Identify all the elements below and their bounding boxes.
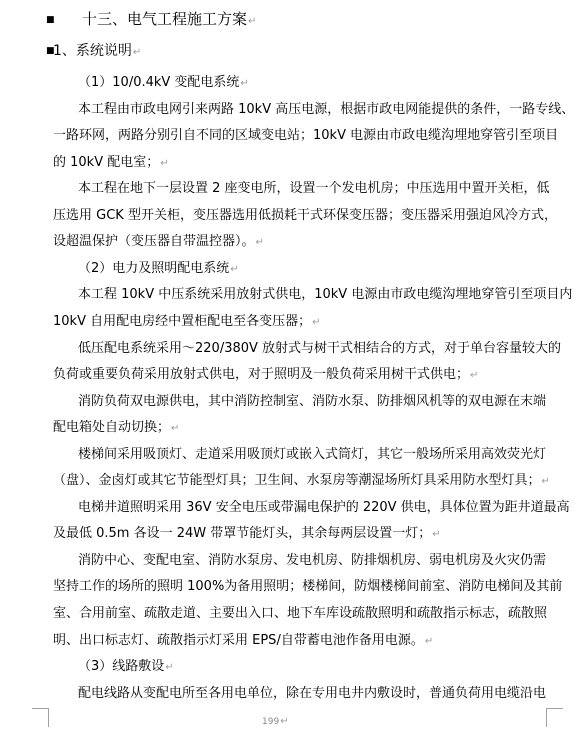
paragraph-mark: ↵ — [312, 317, 320, 328]
text-line: （3）线路敷设↵ — [78, 659, 174, 676]
text-line-content: 本工程在地下一层设置 2 座变电所，设置一个发电机房；中压选用中置开关柜，低 — [78, 181, 550, 196]
paragraph-mark: ↵ — [160, 158, 168, 169]
text-line-content: 室、合用前室、疏散走道、主要出入口、地下车库设疏散照明和疏散指示标志，疏散照 — [53, 606, 547, 621]
text-line: 室、合用前室、疏散走道、主要出入口、地下车库设疏散照明和疏散指示标志，疏散照 — [53, 606, 547, 622]
text-line-content: （盘）、金卤灯或其它节能型灯具；卫生间、水泵房等潮湿场所灯具采用防水型灯具； — [53, 473, 541, 488]
text-line: 电梯井道照明采用 36V 安全电压或带漏电保护的 220V 供电，具体位置为距井… — [78, 500, 570, 516]
text-line: 坚持工作的场所的照明 100%为备用照明；楼梯间，防烟楼梯间前室、消防电梯间及其… — [53, 579, 562, 595]
paragraph-mark: ↵ — [171, 423, 179, 434]
text-line: 10kV 自用配电房经中置柜配电至各变压器；↵ — [53, 314, 321, 331]
text-line-content: 配电线路从变配电所至各用电单位，除在专用电井内敷设时，普通负荷用电缆沿电 — [78, 686, 546, 701]
paragraph-mark: ↵ — [470, 370, 478, 381]
text-line-content: （1）10/0.4kV 变配电系统 — [78, 75, 239, 90]
text-line-content: 本工程 10kV 中压系统采用放射式供电，10kV 电源由市政电缆沟埋地穿管引至… — [78, 287, 572, 302]
text-line: 本工程 10kV 中压系统采用放射式供电，10kV 电源由市政电缆沟埋地穿管引至… — [78, 287, 572, 303]
text-line-content: 的 10kV 配电室； — [53, 155, 159, 170]
text-line: 低压配电系统采用～220/380V 放射式与树干式相结合的方式，对于单台容量较大… — [78, 341, 561, 357]
text-line: 负荷或重要负荷采用放射式供电，对于照明及一般负荷采用树干式供电；↵ — [53, 367, 478, 384]
section-heading-1: 1、系统说明↵ — [53, 43, 141, 61]
page-corner-mark-left — [32, 708, 49, 727]
text-line-content: 坚持工作的场所的照明 100%为备用照明；楼梯间，防烟楼梯间前室、消防电梯间及其… — [53, 579, 562, 594]
text-line: 压选用 GCK 型开关柜，变压器选用低损耗干式环保变压器；变压器采用强迫风冷方式… — [53, 208, 557, 224]
text-line: 的 10kV 配电室；↵ — [53, 155, 169, 172]
text-line-content: （2）电力及照明配电系统 — [78, 261, 229, 276]
text-line-content: 本工程由市政电网引来两路 10kV 高压电源，根据市政电网能提供的条件，一路专线… — [78, 102, 574, 117]
text-line-content: 一路环网，两路分别引自不同的区域变电站；10kV 电源由市政电缆沟埋地穿管引至项… — [53, 128, 558, 143]
text-line-content: 电梯井道照明采用 36V 安全电压或带漏电保护的 220V 供电，具体位置为距井… — [78, 500, 570, 515]
text-line-content: 低压配电系统采用～220/380V 放射式与树干式相结合的方式，对于单台容量较大… — [78, 341, 561, 356]
text-line-content: 消防负荷双电源供电，其中消防控制室、消防水泵、防排烟风机等的双电源在末端 — [78, 394, 546, 409]
text-line: 及最低 0.5m 各设一 24W 带罩节能灯头，其余每两层设置一灯；↵ — [53, 526, 441, 543]
page-corner-mark-right — [546, 708, 563, 727]
text-line-content: 明、出口标志灯、疏散指示灯采用 EPS/自带蓄电池作备用电源。 — [53, 633, 424, 648]
text-line-content: 及最低 0.5m 各设一 24W 带罩节能灯头，其余每两层设置一灯； — [53, 526, 431, 541]
text-line: 明、出口标志灯、疏散指示灯采用 EPS/自带蓄电池作备用电源。↵ — [53, 633, 433, 650]
paragraph-mark: ↵ — [165, 662, 173, 673]
text-line: 本工程在地下一层设置 2 座变电所，设置一个发电机房；中压选用中置开关柜，低 — [78, 181, 550, 197]
paragraph-mark: ↵ — [133, 47, 141, 58]
document-page: ■ 十三、电气工程施工方案↵ ■ 1、系统说明↵ （1）10/0.4kV 变配电… — [0, 0, 581, 737]
main-heading-text: 十三、电气工程施工方案 — [82, 10, 247, 28]
text-line-content: 楼梯间采用吸顶灯、走道采用吸顶灯或嵌入式筒灯，其它一般场所采用高效荧光灯 — [78, 447, 546, 462]
text-line: （盘）、金卤灯或其它节能型灯具；卫生间、水泵房等潮湿场所灯具采用防水型灯具；↵ — [53, 473, 550, 490]
paragraph-mark: ↵ — [240, 78, 248, 89]
text-line: 本工程由市政电网引来两路 10kV 高压电源，根据市政电网能提供的条件，一路专线… — [78, 102, 574, 118]
text-line: 楼梯间采用吸顶灯、走道采用吸顶灯或嵌入式筒灯，其它一般场所采用高效荧光灯 — [78, 447, 546, 463]
paragraph-mark: ↵ — [248, 16, 256, 27]
text-line: （1）10/0.4kV 变配电系统↵ — [78, 75, 249, 92]
main-heading: 十三、电气工程施工方案↵ — [82, 11, 256, 30]
paragraph-mark: ↵ — [542, 476, 550, 487]
text-line: 配电箱处自动切换；↵ — [53, 420, 179, 437]
text-line-content: （3）线路敷设 — [78, 659, 164, 674]
page-number: 199↵ — [262, 716, 289, 727]
paragraph-mark: ↵ — [425, 636, 433, 647]
text-line-content: 压选用 GCK 型开关柜，变压器选用低损耗干式环保变压器；变压器采用强迫风冷方式… — [53, 208, 557, 223]
section-heading-text: 1、系统说明 — [53, 43, 132, 59]
paragraph-mark: ↵ — [230, 264, 238, 275]
text-line: 设超温保护（变压器自带温控器）。↵ — [53, 234, 264, 251]
paragraph-mark: ↵ — [256, 237, 264, 248]
text-line: 配电线路从变配电所至各用电单位，除在专用电井内敷设时，普通负荷用电缆沿电 — [78, 686, 546, 702]
text-line-content: 设超温保护（变压器自带温控器）。 — [53, 234, 255, 249]
text-line: 一路环网，两路分别引自不同的区域变电站；10kV 电源由市政电缆沟埋地穿管引至项… — [53, 128, 558, 144]
heading-bullet: ■ — [46, 12, 55, 28]
text-line: （2）电力及照明配电系统↵ — [78, 261, 239, 278]
text-line: 消防中心、变配电室、消防水泵房、发电机房、防排烟机房、弱电机房及火灾仍需 — [78, 553, 546, 569]
text-line-content: 消防中心、变配电室、消防水泵房、发电机房、防排烟机房、弱电机房及火灾仍需 — [78, 553, 546, 568]
text-line-content: 配电箱处自动切换； — [53, 420, 170, 435]
text-line-content: 负荷或重要负荷采用放射式供电，对于照明及一般负荷采用树干式供电； — [53, 367, 469, 382]
paragraph-mark: ↵ — [432, 529, 440, 540]
text-line: 消防负荷双电源供电，其中消防控制室、消防水泵、防排烟风机等的双电源在末端 — [78, 394, 546, 410]
text-line-content: 10kV 自用配电房经中置柜配电至各变压器； — [53, 314, 311, 329]
